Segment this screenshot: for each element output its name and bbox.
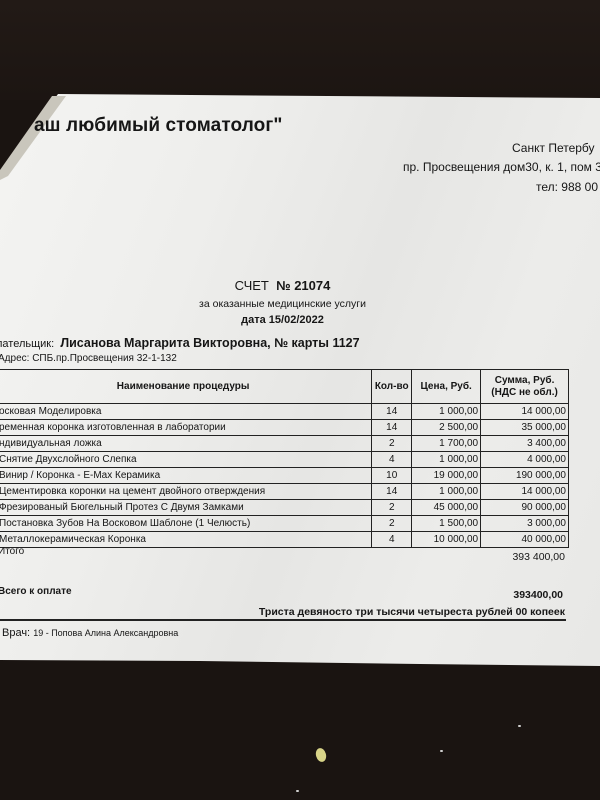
cell-name: Снятие Двухслойного Слепка <box>0 452 372 468</box>
cell-price: 19 000,00 <box>412 468 481 484</box>
payer-address-line: Адрес: СПБ.пр.Просвещения 32-1-132 <box>0 353 177 364</box>
header-qty: Кол-во <box>372 370 412 404</box>
cell-name: Постановка Зубов На Восковом Шаблоне (1 … <box>0 516 372 532</box>
cell-price: 1 000,00 <box>412 404 481 420</box>
invoice-number: № 21074 <box>276 278 330 293</box>
cell-sum: 90 000,00 <box>481 500 569 516</box>
cell-qty: 4 <box>372 452 412 468</box>
payer-name: Лисанова Маргарита Викторовна, № карты 1… <box>60 336 359 350</box>
payer-address-label: Адрес: <box>0 353 29 364</box>
table-row: осковая Моделировка141 000,0014 000,00 <box>0 404 569 420</box>
cell-price: 1 500,00 <box>412 516 481 532</box>
clinic-name: аш любимый стоматолог" <box>34 115 282 137</box>
cell-sum: 4 000,00 <box>481 452 569 468</box>
cell-sum: 3 400,00 <box>481 436 569 452</box>
cell-sum: 3 000,00 <box>481 516 569 532</box>
cell-name: Фрезированый Бюгельный Протез С Двумя За… <box>0 500 372 516</box>
cell-name: осковая Моделировка <box>0 404 372 420</box>
divider-line <box>0 619 566 621</box>
cell-price: 1 700,00 <box>412 436 481 452</box>
table-row: Винир / Коронка - E-Max Керамика1019 000… <box>0 468 569 484</box>
table-row: Металлокерамическая Коронка410 000,0040 … <box>0 532 569 548</box>
speck-debris <box>440 750 443 752</box>
cell-sum: 35 000,00 <box>481 420 569 436</box>
speck-debris <box>296 790 299 792</box>
crumb-debris <box>314 747 327 763</box>
cell-sum: 14 000,00 <box>481 404 569 420</box>
cell-price: 10 000,00 <box>412 532 481 548</box>
doctor-label: Врач: <box>2 627 30 639</box>
table-row: Постановка Зубов На Восковом Шаблоне (1 … <box>0 516 569 532</box>
doctor-line: Врач: 19 - Попова Алина Александровна <box>2 627 178 639</box>
payer-line: лательщик: Лисанова Маргарита Викторовна… <box>0 336 360 350</box>
cell-qty: 2 <box>372 436 412 452</box>
dark-background <box>0 0 600 100</box>
invoice-date: дата 15/02/2022 <box>0 314 565 326</box>
header-sum: Сумма, Руб. (НДС не обл.) <box>481 370 569 404</box>
procedures-table: Наименование процедуры Кол-во Цена, Руб.… <box>0 369 569 548</box>
cell-qty: 14 <box>372 484 412 500</box>
header-sum-line2: (НДС не обл.) <box>491 387 558 398</box>
table-row: Цементировка коронки на цемент двойного … <box>0 484 569 500</box>
cell-name: Металлокерамическая Коронка <box>0 532 372 548</box>
cell-price: 2 500,00 <box>412 420 481 436</box>
cell-name: ременная коронка изготовленная в лаборат… <box>0 420 372 436</box>
table-row: ременная коронка изготовленная в лаборат… <box>0 420 569 436</box>
cell-sum: 14 000,00 <box>481 484 569 500</box>
cell-qty: 2 <box>372 500 412 516</box>
cell-qty: 14 <box>372 404 412 420</box>
table-row: Снятие Двухслойного Слепка41 000,004 000… <box>0 452 569 468</box>
table-header-row: Наименование процедуры Кол-во Цена, Руб.… <box>0 370 569 404</box>
cell-name: Цементировка коронки на цемент двойного … <box>0 484 372 500</box>
amount-in-words-text: Триста девяносто три тысячи четыреста ру… <box>259 606 565 620</box>
cell-name: ндивидуальная ложка <box>0 436 372 452</box>
cell-qty: 14 <box>372 420 412 436</box>
table-row: ндивидуальная ложка21 700,003 400,00 <box>0 436 569 452</box>
clinic-address: пр. Просвещения дом30, к. 1, пом 30 <box>403 160 600 174</box>
payer-address-value: СПБ.пр.Просвещения 32-1-132 <box>32 353 177 364</box>
clinic-city: Санкт Петербу <box>512 141 595 155</box>
header-sum-line1: Сумма, Руб. <box>495 375 555 386</box>
cell-sum: 40 000,00 <box>481 532 569 548</box>
speck-debris <box>518 725 521 727</box>
invoice-title-prefix: СЧЕТ <box>235 278 269 293</box>
cell-price: 1 000,00 <box>412 452 481 468</box>
header-price: Цена, Руб. <box>412 370 481 404</box>
subtotal-value: 393 400,00 <box>0 551 565 563</box>
cell-qty: 4 <box>372 532 412 548</box>
table-row: Фрезированый Бюгельный Протез С Двумя За… <box>0 500 569 516</box>
cell-qty: 10 <box>372 468 412 484</box>
clinic-phone: тел: 988 00 3 <box>536 180 600 194</box>
amount-in-words: Триста девяносто три тысячи четыреста ру… <box>0 606 565 618</box>
cell-price: 1 000,00 <box>412 484 481 500</box>
cell-name: Винир / Коронка - E-Max Керамика <box>0 468 372 484</box>
payer-label: лательщик: <box>0 338 54 350</box>
payable-value: 393400,00 <box>0 589 563 601</box>
invoice-title: СЧЕТ № 21074 <box>0 278 565 293</box>
cell-price: 45 000,00 <box>412 500 481 516</box>
invoice-subtitle: за оказанные медицинские услуги <box>0 298 565 310</box>
cell-sum: 190 000,00 <box>481 468 569 484</box>
doctor-name: 19 - Попова Алина Александровна <box>33 628 178 638</box>
cell-qty: 2 <box>372 516 412 532</box>
header-name: Наименование процедуры <box>0 370 372 404</box>
